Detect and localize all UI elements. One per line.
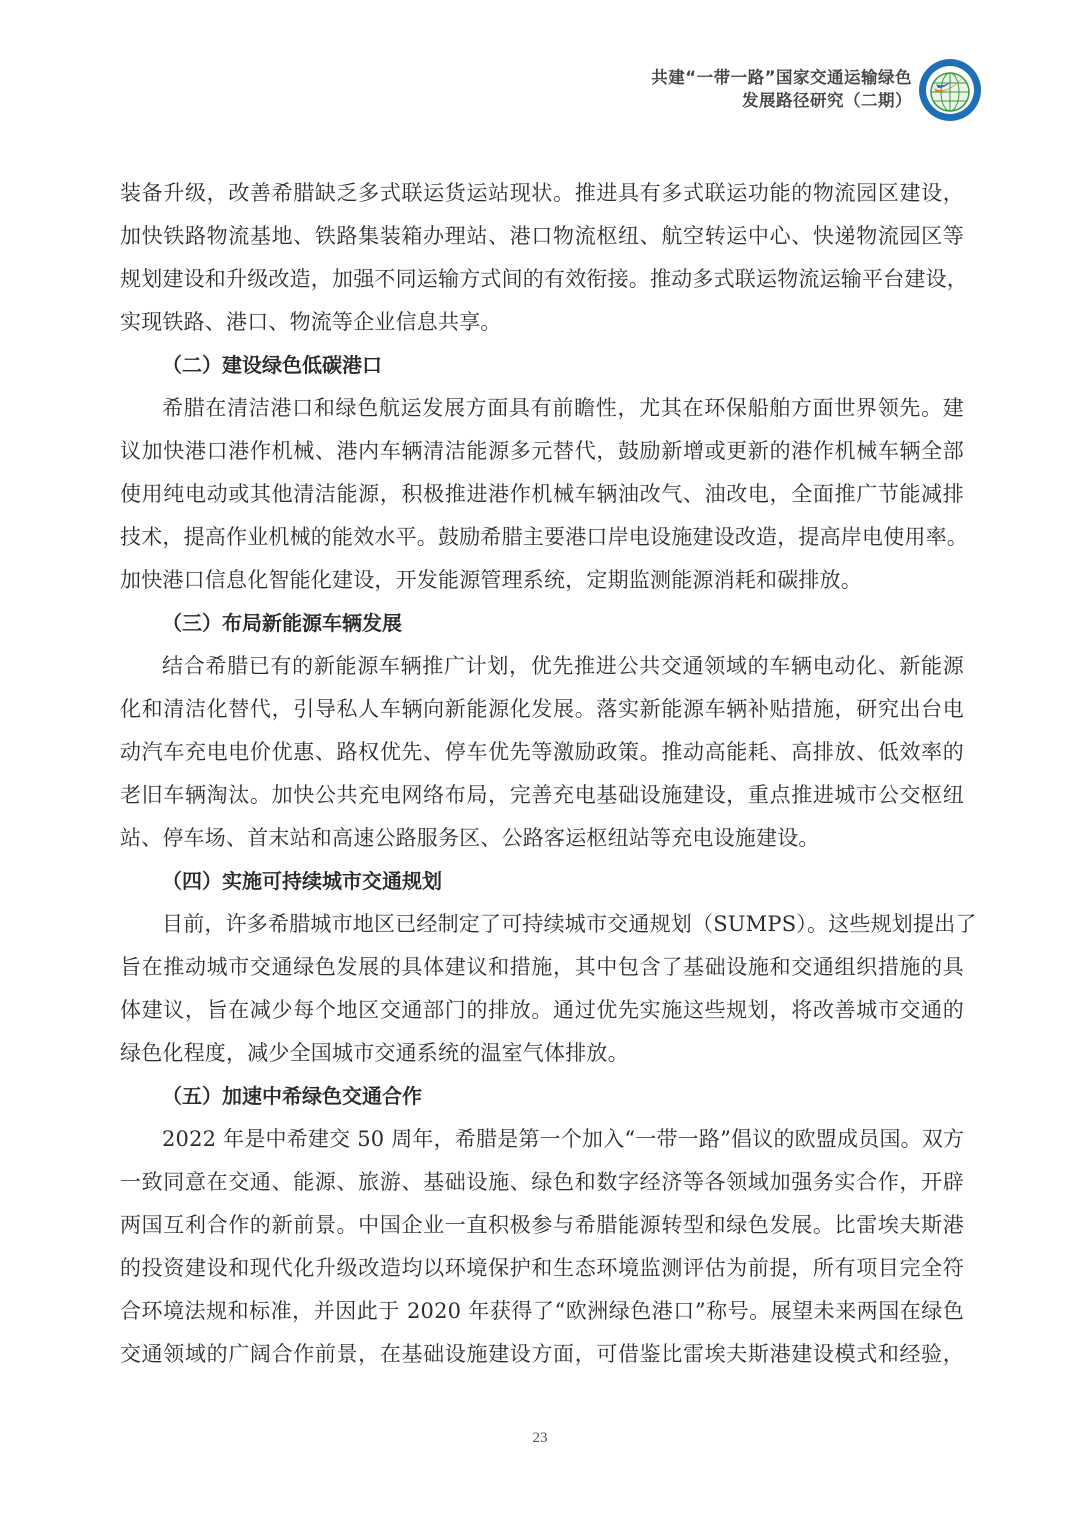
- header-title-line1: 共建“一带一路”国家交通运输绿色: [651, 66, 912, 89]
- paragraph-line: 结合希腊已有的新能源车辆推广计划，优先推进公共交通领域的车辆电动化、新能源: [120, 645, 964, 688]
- section-heading: （四）实施可持续城市交通规划: [120, 860, 964, 903]
- paragraph-line: 希腊在清洁港口和绿色航运发展方面具有前瞻性，尤其在环保船舶方面世界领先。建: [120, 387, 964, 430]
- intro-paragraph: 装备升级，改善希腊缺乏多式联运货运站现状。推进具有多式联运功能的物流园区建设， …: [120, 172, 964, 344]
- belt-and-road-logo-icon: [918, 58, 982, 122]
- paragraph-line: 议加快港口港作机械、港内车辆清洁能源多元替代，鼓励新增或更新的港作机械车辆全部: [120, 430, 964, 473]
- header-title-line2: 发展路径研究（二期）: [651, 89, 912, 112]
- paragraph-line: 使用纯电动或其他清洁能源，积极推进港作机械车辆油改气、油改电，全面推广节能减排: [120, 473, 964, 516]
- paragraph-line: 老旧车辆淘汰。加快公共充电网络布局，完善充电基础设施建设，重点推进城市公交枢纽: [120, 774, 964, 817]
- section-sustainable-urban-mobility: （四）实施可持续城市交通规划 目前，许多希腊城市地区已经制定了可持续城市交通规划…: [120, 860, 964, 1075]
- paragraph-line: 技术，提高作业机械的能效水平。鼓励希腊主要港口岸电设施建设改造，提高岸电使用率。: [120, 516, 964, 559]
- paragraph-line: 体建议，旨在减少每个地区交通部门的排放。通过优先实施这些规划，将改善城市交通的: [120, 989, 964, 1032]
- paragraph-line: 装备升级，改善希腊缺乏多式联运货运站现状。推进具有多式联运功能的物流园区建设，: [120, 172, 964, 215]
- paragraph-line: 绿色化程度，减少全国城市交通系统的温室气体排放。: [120, 1032, 964, 1075]
- paragraph-line: 化和清洁化替代，引导私人车辆向新能源化发展。落实新能源车辆补贴措施，研究出台电: [120, 688, 964, 731]
- paragraph-line: 的投资建设和现代化升级改造均以环境保护和生态环境监测评估为前提，所有项目完全符: [120, 1247, 964, 1290]
- section-green-low-carbon-ports: （二）建设绿色低碳港口 希腊在清洁港口和绿色航运发展方面具有前瞻性，尤其在环保船…: [120, 344, 964, 602]
- paragraph-line: 规划建设和升级改造，加强不同运输方式间的有效衔接。推动多式联运物流运输平台建设，: [120, 258, 964, 301]
- paragraph-line: 交通领域的广阔合作前景，在基础设施建设方面，可借鉴比雷埃夫斯港建设模式和经验，: [120, 1333, 964, 1376]
- paragraph-line: 动汽车充电电价优惠、路权优先、停车优先等激励政策。推动高能耗、高排放、低效率的: [120, 731, 964, 774]
- document-body: 装备升级，改善希腊缺乏多式联运货运站现状。推进具有多式联运功能的物流园区建设， …: [120, 172, 964, 1376]
- paragraph-line: 站、停车场、首末站和高速公路服务区、公路客运枢纽站等充电设施建设。: [120, 817, 964, 860]
- paragraph-line: 一致同意在交通、能源、旅游、基础设施、绿色和数字经济等各领域加强务实合作，开辟: [120, 1161, 964, 1204]
- section-heading: （三）布局新能源车辆发展: [120, 602, 964, 645]
- page-number: 23: [0, 1430, 1080, 1447]
- running-header: 共建“一带一路”国家交通运输绿色 发展路径研究（二期）: [651, 66, 912, 112]
- paragraph-line: 合环境法规和标准，并因此于 2020 年获得了“欧洲绿色港口”称号。展望未来两国…: [120, 1290, 964, 1333]
- section-heading: （五）加速中希绿色交通合作: [120, 1075, 964, 1118]
- paragraph-line: 实现铁路、港口、物流等企业信息共享。: [120, 301, 964, 344]
- paragraph-line: 两国互利合作的新前景。中国企业一直积极参与希腊能源转型和绿色发展。比雷埃夫斯港: [120, 1204, 964, 1247]
- paragraph-line: 加快铁路物流基地、铁路集装箱办理站、港口物流枢纽、航空转运中心、快递物流园区等: [120, 215, 964, 258]
- section-heading: （二）建设绿色低碳港口: [120, 344, 964, 387]
- paragraph-line: 旨在推动城市交通绿色发展的具体建议和措施，其中包含了基础设施和交通组织措施的具: [120, 946, 964, 989]
- section-new-energy-vehicles: （三）布局新能源车辆发展 结合希腊已有的新能源车辆推广计划，优先推进公共交通领域…: [120, 602, 964, 860]
- paragraph-line: 加快港口信息化智能化建设，开发能源管理系统，定期监测能源消耗和碳排放。: [120, 559, 964, 602]
- paragraph-line: 2022 年是中希建交 50 周年，希腊是第一个加入“一带一路”倡议的欧盟成员国…: [120, 1118, 964, 1161]
- section-china-greece-cooperation: （五）加速中希绿色交通合作 2022 年是中希建交 50 周年，希腊是第一个加入…: [120, 1075, 964, 1376]
- paragraph-line: 目前，许多希腊城市地区已经制定了可持续城市交通规划（SUMPS）。这些规划提出了: [120, 903, 964, 946]
